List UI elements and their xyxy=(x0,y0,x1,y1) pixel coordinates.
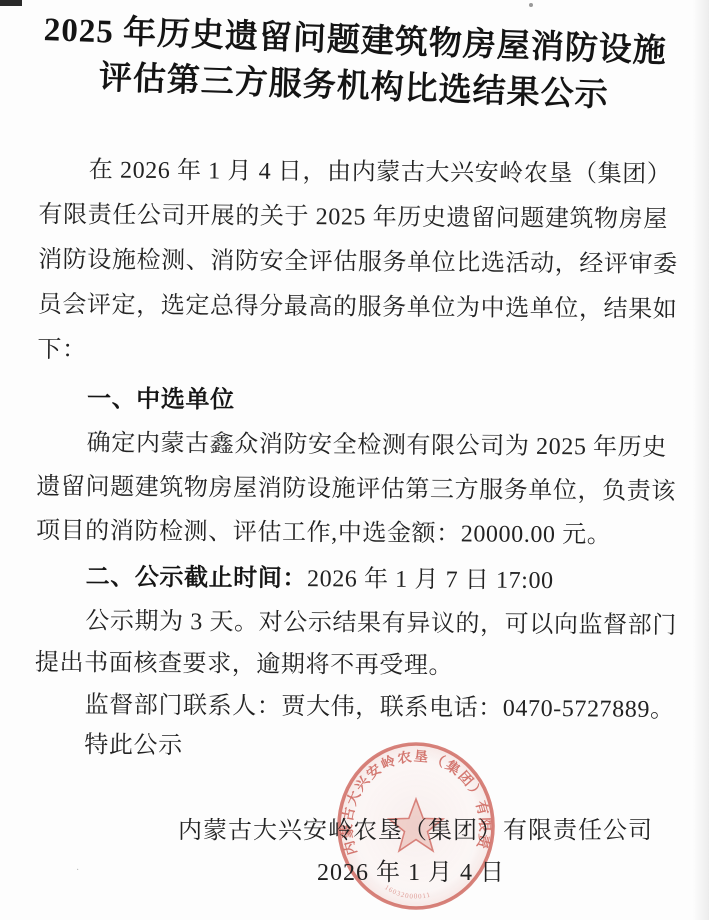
section1-heading: 一、中选单位 xyxy=(37,384,709,419)
contact-line: 监督部门联系人：贾大伟，联系电话：0470-5727889。 xyxy=(35,690,709,725)
intro-line: 在 2026 年 1 月 4 日，由内蒙古大兴安岭农垦（集团） xyxy=(39,155,709,190)
section1-line: 确定内蒙古鑫众消防安全检测有限公司为 2025 年历史 xyxy=(37,428,709,463)
section2-line: 提出书面核查要求，逾期将不再受理。 xyxy=(35,648,675,683)
date-signature: 2026 年 1 月 4 日 xyxy=(0,852,709,887)
section2-line: 公示期为 3 天。对公示结果有异议的，可以向监督部门 xyxy=(35,606,709,641)
intro-line: 下： xyxy=(37,335,677,370)
company-signature: 内蒙古大兴安岭农垦（集团）有限责任公司 xyxy=(0,810,709,845)
section2-heading-value: 2026 年 1 月 7 日 17:00 xyxy=(307,566,554,594)
intro-line: 有限责任公司开展的关于 2025 年历史遗留问题建筑物房屋 xyxy=(38,200,678,235)
intro-line: 员会评定，选定总得分最高的服务单位为中选单位，结果如 xyxy=(38,290,678,325)
section1-line: 项目的消防检测、评估工作,中选金额：20000.00 元。 xyxy=(36,516,676,551)
section2-heading-label: 二、公示截止时间： xyxy=(86,564,308,592)
section2-heading: 二、公示截止时间：2026 年 1 月 7 日 17:00 xyxy=(36,562,709,597)
intro-line: 消防设施检测、消防安全评估服务单位比选活动，经评审委 xyxy=(38,245,678,280)
document-page: · 2025 年历史遗留问题建筑物房屋消防设施 评估第三方服务机构比选结果公示 … xyxy=(0,0,709,920)
section1-line: 遗留问题建筑物房屋消防设施评估第三方服务单位，负责该 xyxy=(36,472,676,507)
